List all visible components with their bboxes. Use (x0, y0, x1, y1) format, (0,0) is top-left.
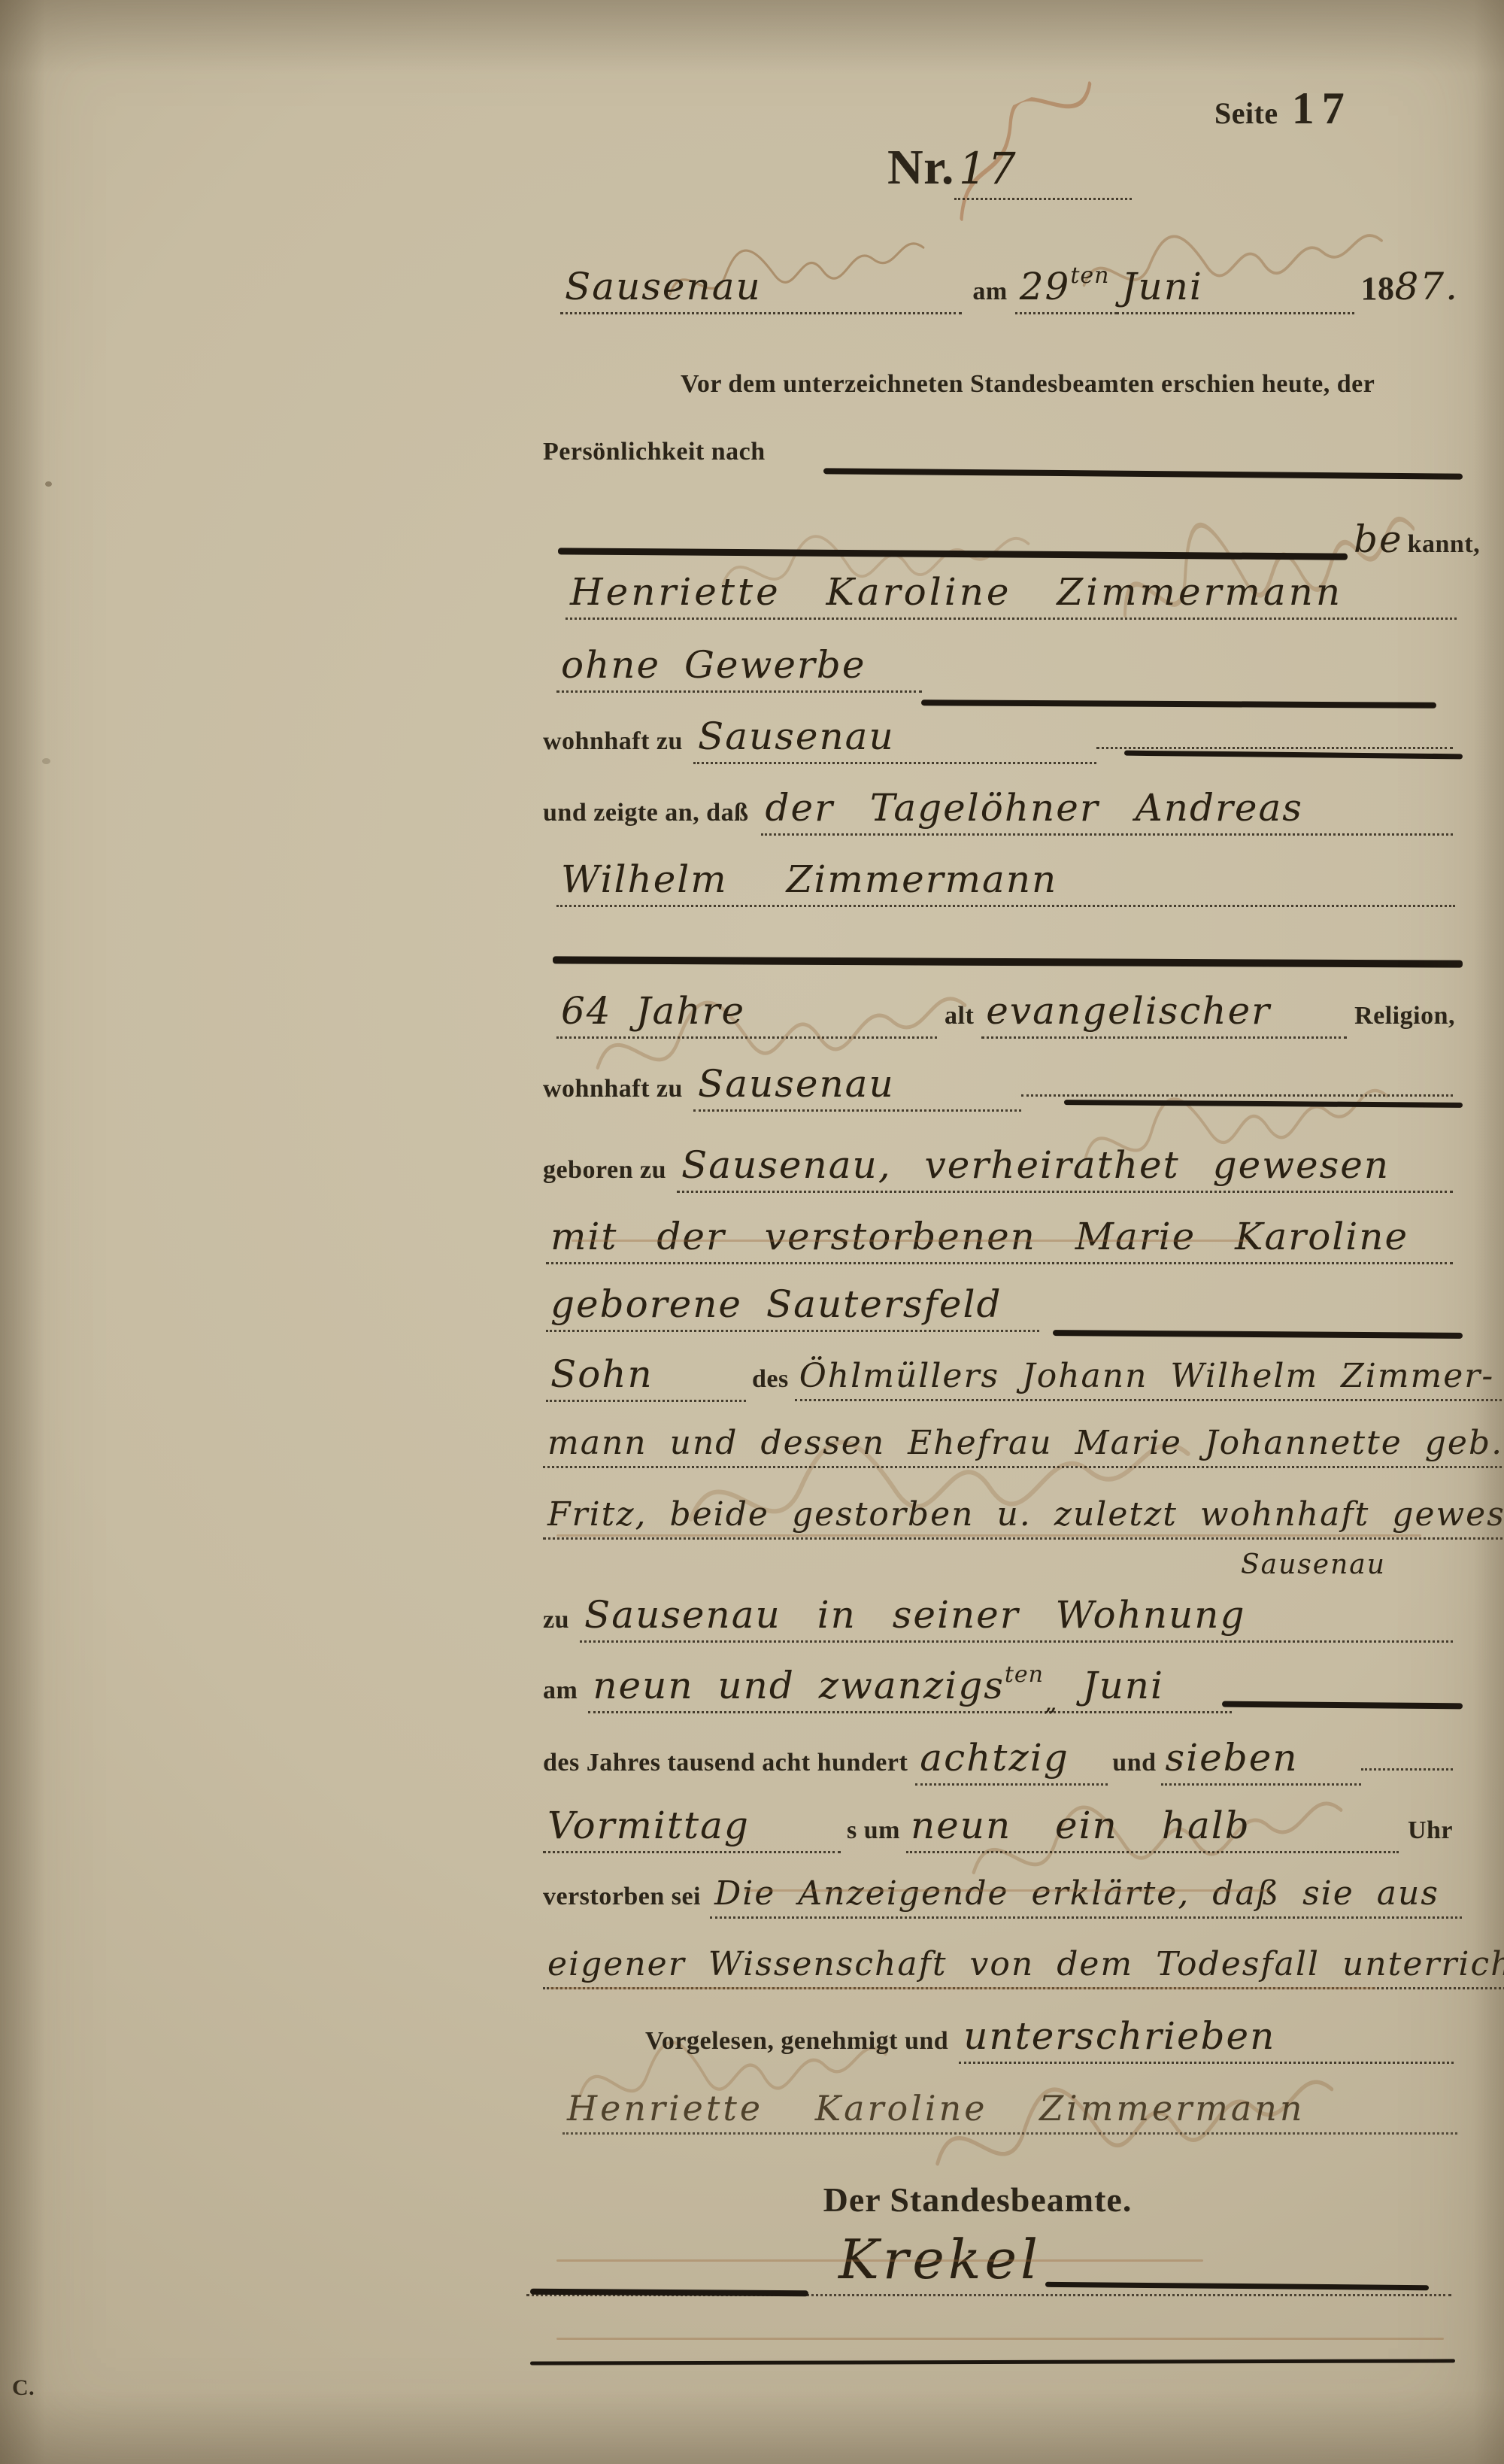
alt-label: alt (945, 1002, 974, 1030)
death-time-line: Vormittag s um neun ein halb Uhr (543, 1804, 1453, 1853)
deceased-residence: Sausenau (693, 1062, 1021, 1112)
declarant-name: Henriette Karoline Zimmermann (566, 570, 1457, 620)
death-place: Sausenau in seiner Wohnung (580, 1593, 1453, 1643)
faded-rule (556, 2259, 1203, 2262)
declarant-name-line: Henriette Karoline Zimmermann (566, 570, 1457, 620)
ink-stroke (1053, 1330, 1463, 1339)
page-number: 17 (1292, 83, 1352, 135)
ink-stroke (1222, 1701, 1463, 1710)
death-day-suffix: ten (1005, 1661, 1044, 1688)
dateline-day-suffix: ten (1070, 262, 1109, 289)
dateline-place: Sausenau (560, 265, 962, 314)
intro-line-1: Vor dem unterzeichneten Standesbeamten e… (681, 370, 1375, 399)
statement-line-2: eigener Wissenschaft von dem Todesfall u… (543, 1945, 1464, 1989)
death-register-page: Seite 17 Nr. 17 Sausenau am 29ten Juni 1… (0, 0, 1504, 2464)
vorgelesen-label: Vorgelesen, genehmigt und (645, 2027, 948, 2056)
death-day: neun und zwanzigs (593, 1664, 1005, 1707)
bekannt-printed: kannt, (1408, 530, 1481, 559)
sohn-handwritten: Sohn (546, 1352, 746, 1402)
ink-stroke (1045, 2282, 1429, 2290)
statement-line-1: verstorben sei Die Anzeigende erklärte, … (543, 1874, 1462, 1919)
ink-stroke (558, 548, 1348, 560)
death-hour: neun ein halb (906, 1804, 1399, 1853)
year-ones: sieben (1161, 1736, 1361, 1786)
unterschrieben-handwritten: unterschrieben (959, 2014, 1454, 2064)
intro-line-2: Persönlichkeit nach (543, 438, 766, 466)
closing-line: Vorgelesen, genehmigt und unterschrieben (645, 2014, 1454, 2064)
faded-rule (744, 1889, 1271, 1892)
death-year-line: des Jahres tausend acht hundert achtzig … (543, 1736, 1453, 1786)
parents-line-1: Sohn des Öhlmüllers Johann Wilhelm Zimme… (546, 1352, 1463, 1402)
death-place-insert-text: Sausenau (1241, 1549, 1386, 1580)
parents-text-1: Öhlmüllers Johann Wilhelm Zimmer- (795, 1357, 1502, 1401)
spouse-line-2: geborene Sautersfeld (546, 1282, 1039, 1332)
dateline-am-label: am (972, 278, 1007, 306)
record-number-block: Nr. 17 (887, 139, 1132, 200)
spouse-text-2: geborene Sautersfeld (546, 1282, 1039, 1332)
dateline-day: 29ten (1015, 265, 1117, 314)
faded-rule (556, 2338, 1444, 2340)
faded-rule (556, 1534, 1421, 1537)
parents-text-3: Fritz, beide gestorben u. zuletzt wohnha… (543, 1495, 1504, 1540)
dateline: Sausenau am 29ten Juni 18 87. (560, 265, 1459, 314)
death-place-insert: Sausenau (1241, 1549, 1386, 1580)
paper-speck (45, 481, 52, 487)
dotted-filler (1361, 1765, 1453, 1771)
year-label: des Jahres tausend acht hundert (543, 1749, 908, 1777)
bekannt-handwritten: be (1354, 517, 1403, 561)
deceased-birthplace: Sausenau, verheirathet gewesen (677, 1143, 1453, 1193)
daytime-handwritten: Vormittag (543, 1804, 841, 1853)
dateline-year-hw: 87. (1394, 265, 1459, 308)
death-place-line: zu Sausenau in seiner Wohnung (543, 1593, 1453, 1643)
death-month: Juni (1083, 1664, 1164, 1707)
statement-text-2: eigener Wissenschaft von dem Todesfall u… (543, 1945, 1504, 1989)
statement-text-1: Die Anzeigende erklärte, daß sie aus (710, 1874, 1462, 1919)
intro-text-2: Persönlichkeit nach (543, 438, 766, 466)
verstorben-label: verstorben sei (543, 1883, 701, 1911)
record-number-value: 17 (954, 143, 1132, 200)
intro-text-1: Vor dem unterzeichneten Standesbeamten e… (681, 370, 1375, 399)
bleed-through-mark (670, 1387, 1210, 1599)
am-label: am (543, 1677, 578, 1705)
insertion-caret: „ (1044, 1687, 1059, 1717)
death-date-line: am neun und zwanzigsten„ Juni (543, 1664, 1232, 1713)
parents-line-3: Fritz, beide gestorben u. zuletzt wohnha… (543, 1495, 1464, 1540)
declarant-signature: Henriette Karoline Zimmermann (562, 2088, 1457, 2135)
ink-stroke (823, 468, 1463, 479)
page-label: Seite (1214, 96, 1278, 131)
zu-label: zu (543, 1606, 569, 1634)
deceased-religion: evangelischer (981, 989, 1347, 1039)
dateline-month: Juni (1117, 265, 1354, 314)
geboren-zu-label: geboren zu (543, 1156, 666, 1185)
birthplace-line: geboren zu Sausenau, verheirathet gewese… (543, 1143, 1453, 1193)
uhr-label: Uhr (1408, 1816, 1453, 1845)
parents-line-2: mann und dessen Ehefrau Marie Johannette… (543, 1424, 1464, 1468)
faded-rule (549, 1987, 1376, 1989)
religion-label: Religion, (1354, 1002, 1455, 1030)
corner-mark: C. (12, 2375, 35, 2401)
age-religion-line: 64 Jahre alt evangelischer Religion, (556, 989, 1455, 1039)
dateline-day-number: 29 (1020, 265, 1071, 308)
registrar-label: Der Standesbeamte. (823, 2180, 1133, 2220)
year-tens: achtzig (915, 1736, 1108, 1786)
und-label: und (1112, 1749, 1156, 1777)
bekannt-line: be kannt, (1354, 517, 1480, 561)
report-line: und zeigte an, daß der Tagelöhner Andrea… (543, 786, 1453, 836)
deceased-name-line: Wilhelm Zimmermann (556, 857, 1455, 907)
registrar-label-line: Der Standesbeamte. (775, 2180, 1181, 2220)
page-number-block: Seite 17 (1214, 83, 1352, 135)
record-number-label: Nr. (887, 139, 954, 196)
deceased-age: 64 Jahre (556, 989, 937, 1039)
des-label: des (752, 1365, 789, 1394)
declarant-occupation-line: ohne Gewerbe (556, 643, 922, 693)
parents-text-2: mann und dessen Ehefrau Marie Johannette… (543, 1424, 1504, 1468)
corner-mark-block: C. (12, 2375, 35, 2401)
death-day-group: neun und zwanzigsten„ Juni (588, 1664, 1232, 1713)
dateline-year-printed: 18 (1360, 269, 1394, 308)
s-um-label: s um (847, 1816, 900, 1845)
wohnhaft-zu-label-1: wohnhaft zu (543, 727, 683, 756)
dotted-filler (1021, 1091, 1453, 1097)
declarant-signature-line: Henriette Karoline Zimmermann (562, 2088, 1457, 2135)
deceased-name: Wilhelm Zimmermann (556, 857, 1455, 907)
faded-rule (572, 1240, 1248, 1242)
bottom-rule (530, 2359, 1455, 2365)
deceased-reference: der Tagelöhner Andreas (761, 786, 1454, 836)
section-separator-rule (553, 956, 1463, 967)
paper-speck (42, 758, 50, 764)
declarant-occupation: ohne Gewerbe (556, 643, 922, 693)
anzeige-label: und zeigte an, daß (543, 799, 749, 827)
ink-stroke (921, 699, 1436, 709)
wohnhaft-zu-label-2: wohnhaft zu (543, 1075, 683, 1103)
dotted-filler (1096, 743, 1453, 749)
declarant-residence: Sausenau (693, 715, 1096, 764)
